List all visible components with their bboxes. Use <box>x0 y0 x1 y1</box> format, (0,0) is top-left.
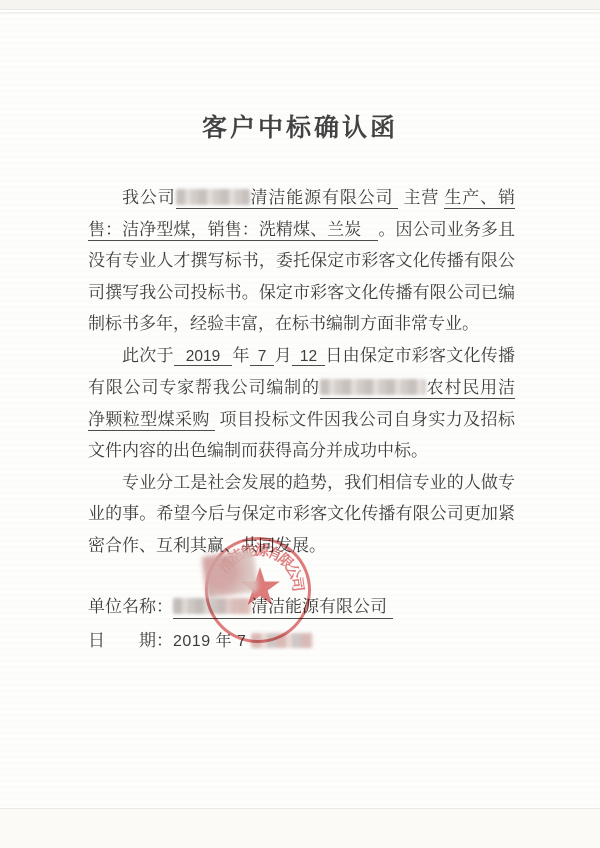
p1-company-name: 清洁能源有限公司 <box>250 188 399 207</box>
paragraph-1: 我公司清洁能源有限公司 主营 生产、销售：洁净型煤，销售：洗精煤、兰炭 。因公司… <box>88 182 515 340</box>
p1-separator: 主营 <box>398 188 444 207</box>
date-label: 日 期： <box>88 631 173 650</box>
p2-month-unit: 月 <box>274 346 292 365</box>
scan-top-edge-line <box>0 10 600 12</box>
redaction-box-seal-left <box>201 550 258 599</box>
p2-day-blank: 12 <box>292 348 325 366</box>
scan-top-edge <box>0 0 600 10</box>
redaction-box-company-prefix <box>176 189 250 205</box>
p2-lead: 此次于 <box>122 346 174 365</box>
p1-lead: 我公司 <box>122 188 176 207</box>
document-body: 我公司清洁能源有限公司 主营 生产、销售：洁净型煤，销售：洗精煤、兰炭 。因公司… <box>88 182 515 561</box>
scanned-document-page: 客户中标确认函 我公司清洁能源有限公司 主营 生产、销售：洁净型煤，销售：洗精煤… <box>0 0 600 848</box>
p1-company-blank: 清洁能源有限公司 <box>176 188 399 209</box>
p2-month-blank: 7 <box>250 348 275 366</box>
svg-text:司: 司 <box>288 576 308 593</box>
scan-bottom-edge <box>0 808 600 848</box>
redaction-box-project-prefix <box>320 379 426 395</box>
document-title: 客户中标确认函 <box>0 108 600 144</box>
p2-year-unit: 年 <box>232 346 250 365</box>
unit-name-label: 单位名称： <box>88 597 173 616</box>
p2-year-blank: 2019 <box>174 348 232 366</box>
paragraph-2: 此次于2019年7月12日由保定市彩客文化传播有限公司专家帮我公司编制的农村民用… <box>88 340 515 467</box>
